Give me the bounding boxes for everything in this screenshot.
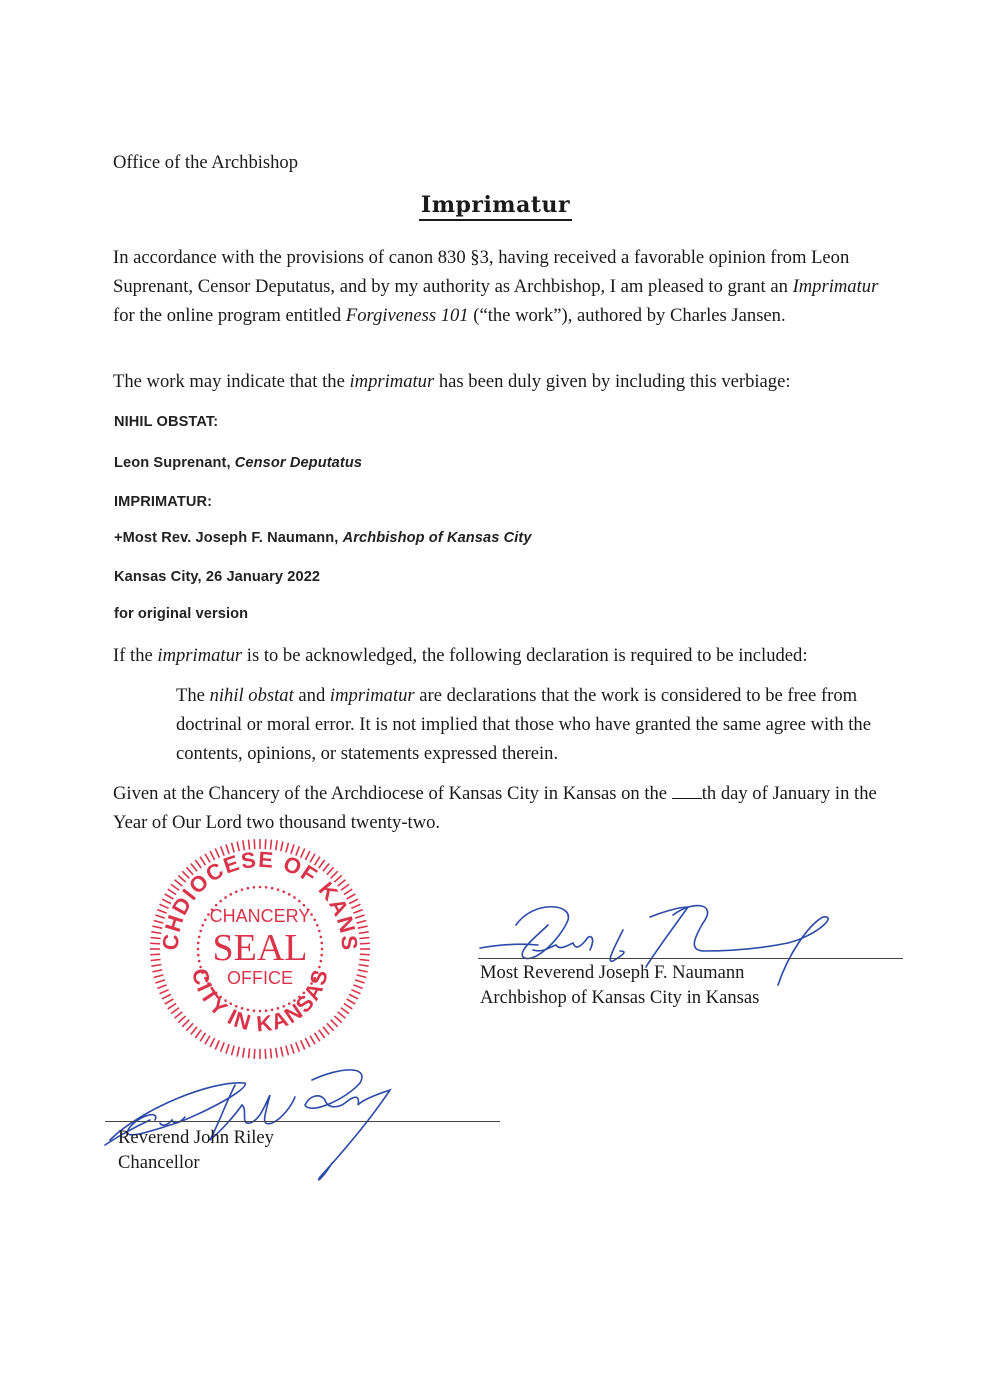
- day-blank: [672, 784, 702, 799]
- text: The work may indicate that the: [113, 371, 349, 392]
- text: for the online program entitled: [113, 305, 346, 326]
- seal-line-office: OFFICE: [227, 968, 293, 988]
- archbishop-name: +Most Rev. Joseph F. Naumann,: [114, 530, 343, 546]
- text: and: [294, 685, 330, 706]
- italic-text: imprimatur: [157, 645, 242, 666]
- document-title: Imprimatur: [0, 192, 991, 218]
- censor-name: Leon Suprenant,: [114, 455, 235, 471]
- verbiage-intro: The work may indicate that the imprimatu…: [113, 367, 903, 396]
- archbishop-line: +Most Rev. Joseph F. Naumann, Archbishop…: [114, 530, 532, 546]
- title-text: Imprimatur: [419, 192, 572, 221]
- chancery-seal: ARCHDIOCESE OF KANSAS CITY IN KANSAS CHA…: [140, 838, 380, 1060]
- text: In accordance with the provisions of can…: [113, 247, 849, 297]
- place-date: Kansas City, 26 January 2022: [114, 569, 320, 585]
- censor-title: Censor Deputatus: [235, 455, 362, 471]
- italic-text: imprimatur: [330, 685, 415, 706]
- text: (“the work”), authored by Charles Jansen…: [469, 305, 786, 326]
- archbishop-title: Archbishop of Kansas City in Kansas: [480, 983, 759, 1012]
- seal-line-seal: SEAL: [213, 927, 308, 969]
- text: Given at the Chancery of the Archdiocese…: [113, 783, 672, 804]
- censor-line: Leon Suprenant, Censor Deputatus: [114, 455, 362, 471]
- text: If the: [113, 645, 157, 666]
- archbishop-title: Archbishop of Kansas City: [343, 530, 532, 546]
- text: has been duly given by including this ve…: [434, 371, 790, 392]
- chancellor-title: Chancellor: [118, 1148, 200, 1177]
- seal-line-chancery: CHANCERY: [210, 906, 311, 926]
- chancellor-signature-line: [105, 1121, 500, 1122]
- nihil-obstat-label: NIHIL OBSTAT:: [114, 414, 218, 430]
- grant-paragraph: In accordance with the provisions of can…: [113, 243, 903, 330]
- program-title: Forgiveness 101: [346, 305, 469, 326]
- text: The: [176, 685, 210, 706]
- declaration-quote: The nihil obstat and imprimatur are decl…: [176, 681, 896, 768]
- office-header: Office of the Archbishop: [113, 148, 298, 177]
- acknowledgement-paragraph: If the imprimatur is to be acknowledged,…: [113, 641, 903, 670]
- given-at-paragraph: Given at the Chancery of the Archdiocese…: [113, 779, 903, 837]
- italic-text: nihil obstat: [210, 685, 294, 706]
- italic-text: Imprimatur: [793, 276, 879, 297]
- imprimatur-label: IMPRIMATUR:: [114, 494, 212, 510]
- text: is to be acknowledged, the following dec…: [242, 645, 807, 666]
- version-note: for original version: [114, 606, 248, 622]
- italic-text: imprimatur: [349, 371, 434, 392]
